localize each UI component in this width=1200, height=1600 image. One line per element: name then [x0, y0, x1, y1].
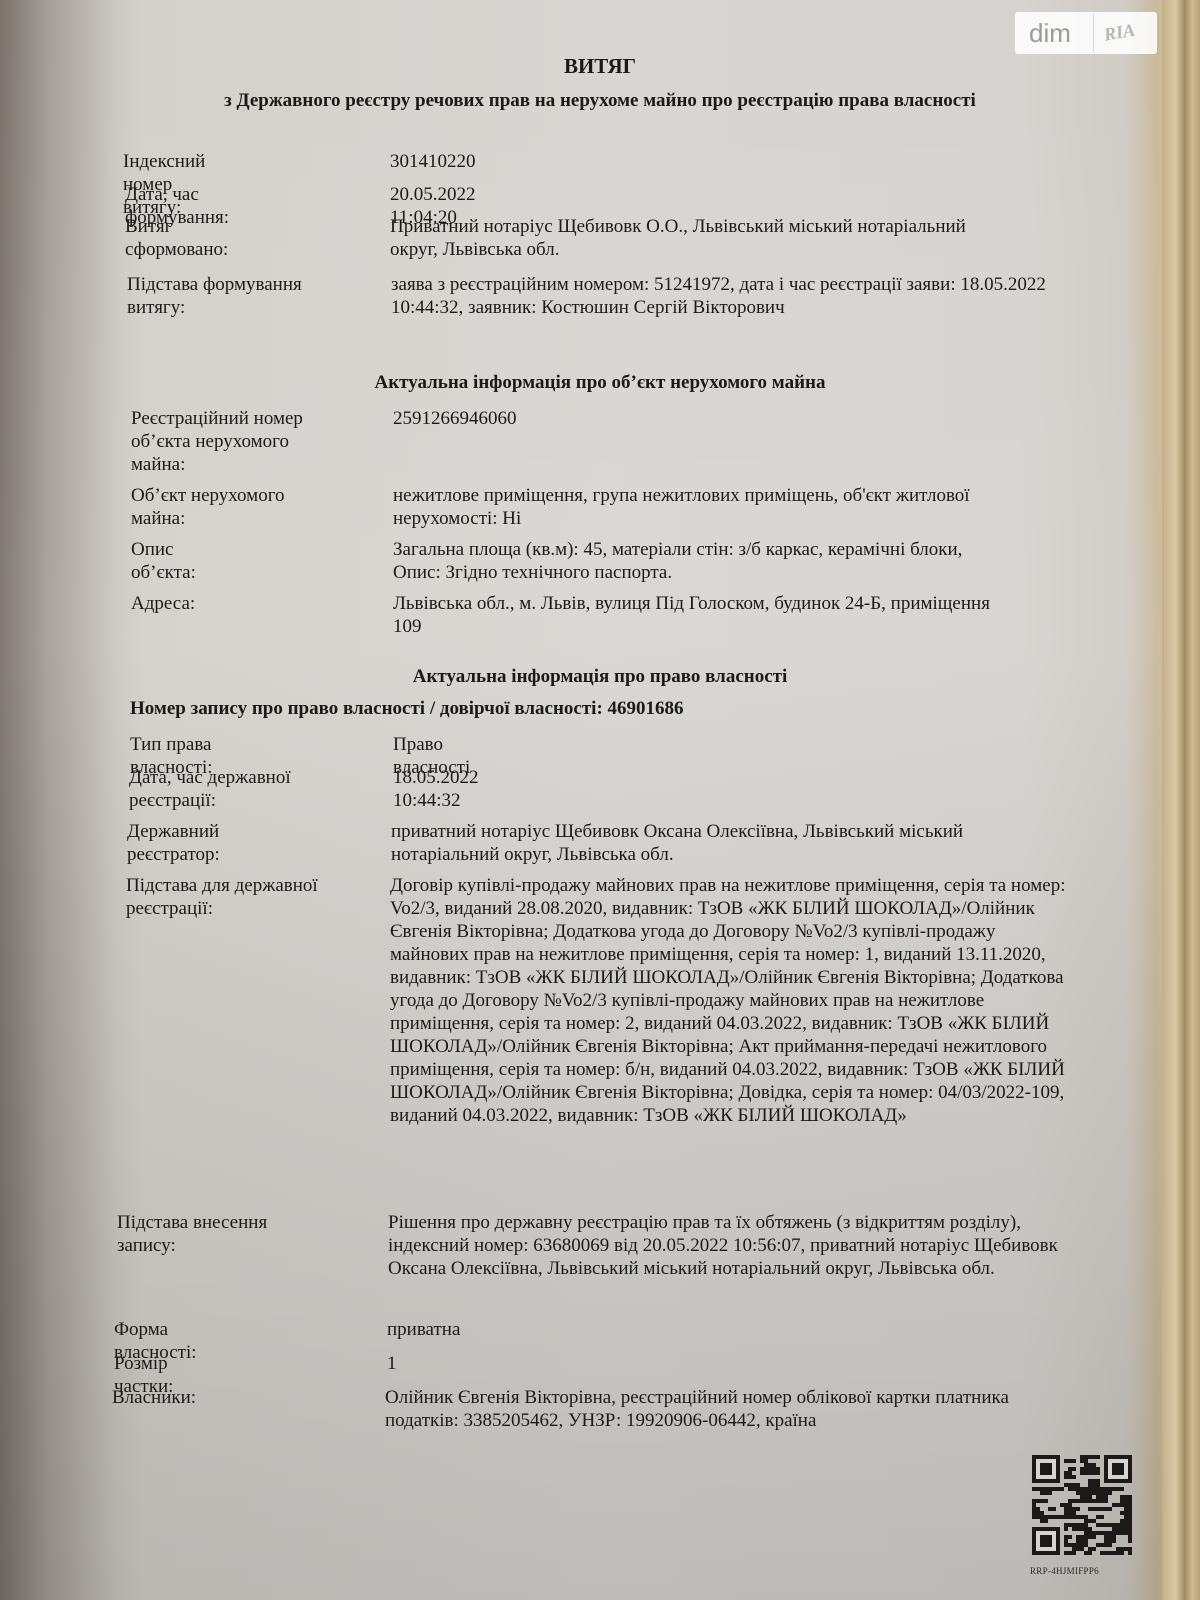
field-label: Підстава формування витягу: [127, 273, 357, 319]
field-label: Реєстраційний номер об’єкта нерухомого м… [131, 407, 341, 476]
field-label: Об’єкт нерухомого майна: [131, 484, 331, 530]
field-value: Загальна площа (кв.м): 45, матеріали сті… [393, 538, 1013, 584]
dimria-watermark: dim RIA [1015, 12, 1157, 54]
field-value: Рішення про державну реєстрацію прав та … [388, 1211, 1078, 1280]
qr-code-label: RRP-4HJMIFPP6 [1030, 1566, 1099, 1576]
field-label: Власники: [112, 1386, 196, 1409]
document-title: ВИТЯГ [0, 54, 1200, 79]
field-label: Дата, час державної реєстрації: [129, 766, 329, 812]
document-subtitle: з Державного реєстру речових прав на нер… [0, 90, 1200, 112]
section-heading-object: Актуальна інформація про об’єкт нерухомо… [0, 372, 1200, 394]
field-value: приватний нотаріус Щебивовк Оксана Олекс… [391, 820, 991, 866]
field-value: нежитлове приміщення, група нежитлових п… [393, 484, 1003, 530]
watermark-dim: dim [1015, 18, 1093, 49]
field-value: Олійник Євгенія Вікторівна, реєстраційни… [385, 1386, 1075, 1432]
field-value: 2591266946060 [393, 407, 517, 430]
ownership-record-number: Номер запису про право власності / довір… [130, 698, 684, 720]
field-value: Договір купівлі-продажу майнових прав на… [390, 874, 1070, 1127]
qr-code-icon [1032, 1455, 1132, 1555]
field-label: Державний реєстратор: [127, 820, 220, 866]
field-value: Приватний нотаріус Щебивовк О.О., Львівс… [390, 215, 970, 261]
field-label: Опис об’єкта: [131, 538, 196, 584]
field-value: заява з реєстраційним номером: 51241972,… [391, 273, 1071, 319]
section-heading-ownership: Актуальна інформація про право власності [0, 666, 1200, 688]
field-value: 301410220 [390, 150, 476, 173]
field-label: Підстава для державної реєстрації: [126, 874, 366, 920]
field-label: Підстава внесення запису: [117, 1211, 317, 1257]
field-value: приватна [387, 1318, 460, 1341]
field-label: Адреса: [131, 592, 195, 615]
watermark-ria-logo-icon: RIA [1092, 19, 1136, 47]
field-label: Витяг сформовано: [125, 215, 228, 261]
field-value: Львівська обл., м. Львів, вулиця Під Гол… [393, 592, 993, 638]
field-value: 1 [387, 1352, 397, 1375]
document-edge [1162, 0, 1200, 1600]
field-value: 18.05.2022 10:44:32 [393, 766, 479, 812]
